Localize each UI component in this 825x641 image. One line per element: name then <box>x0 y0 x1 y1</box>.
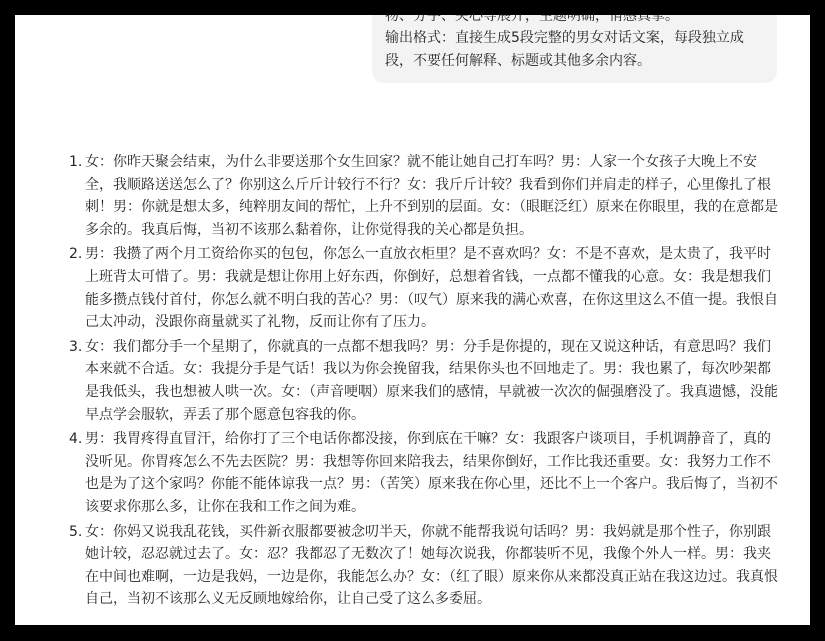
dialogue-text: 女：我们都分手一个星期了，你就真的一点都不想我吗？男：分手是你提的，现在又说这种… <box>85 339 778 423</box>
list-number: 4. <box>69 428 83 451</box>
prompt-line: 输出格式：直接生成5段完整的男女对话文案，每段独立成 <box>385 27 765 50</box>
user-prompt-bubble: 场景与主题：围绕男女情感中的常见矛盾，如吃醋、送礼 物、分手、关心等展开，主题明… <box>372 15 777 83</box>
list-number: 2. <box>69 243 83 266</box>
dialogue-text: 女：你妈又说我乱花钱，买件新衣服都要被念叨半天，你就不能帮我说句话吗？男：我妈就… <box>85 524 778 608</box>
chat-window: 场景与主题：围绕男女情感中的常见矛盾，如吃醋、送礼 物、分手、关心等展开，主题明… <box>15 15 810 625</box>
list-number: 1. <box>69 151 83 174</box>
dialogue-list: 1. 女：你昨天聚会结束，为什么非要送那个女生回家？就不能让她自己打车吗？男：人… <box>85 151 780 611</box>
list-number: 3. <box>69 336 83 359</box>
dialogue-text: 女：你昨天聚会结束，为什么非要送那个女生回家？就不能让她自己打车吗？男：人家一个… <box>85 154 778 238</box>
list-number: 5. <box>69 521 83 544</box>
assistant-response: 1. 女：你昨天聚会结束，为什么非要送那个女生回家？就不能让她自己打车吗？男：人… <box>15 151 810 613</box>
prompt-line: 物、分手、关心等展开，主题明确，情感真挚。 <box>385 15 765 27</box>
dialogue-item: 4. 男：我胃疼得直冒汗，给你打了三个电话你都没接，你到底在干嘛？女：我跟客户谈… <box>85 428 780 518</box>
dialogue-item: 2. 男：我攒了两个月工资给你买的包包，你怎么一直放衣柜里？是不喜欢吗？女：不是… <box>85 243 780 333</box>
dialogue-item: 1. 女：你昨天聚会结束，为什么非要送那个女生回家？就不能让她自己打车吗？男：人… <box>85 151 780 241</box>
dialogue-text: 男：我胃疼得直冒汗，给你打了三个电话你都没接，你到底在干嘛？女：我跟客户谈项目，… <box>85 431 778 515</box>
dialogue-item: 5. 女：你妈又说我乱花钱，买件新衣服都要被念叨半天，你就不能帮我说句话吗？男：… <box>85 521 780 611</box>
dialogue-text: 男：我攒了两个月工资给你买的包包，你怎么一直放衣柜里？是不喜欢吗？女：不是不喜欢… <box>85 246 778 330</box>
prompt-line: 段，不要任何解释、标题或其他多余内容。 <box>385 50 765 73</box>
dialogue-item: 3. 女：我们都分手一个星期了，你就真的一点都不想我吗？男：分手是你提的，现在又… <box>85 336 780 426</box>
